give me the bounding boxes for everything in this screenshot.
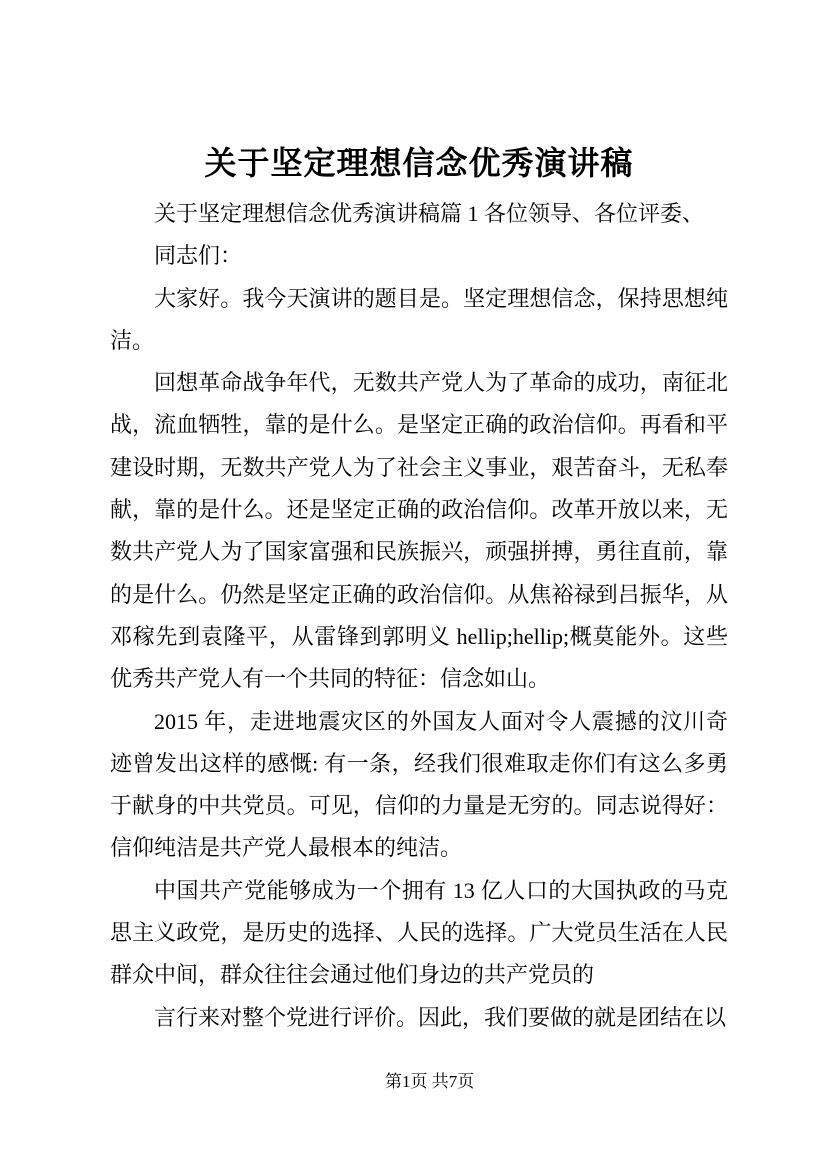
page-number-footer: 第1页 共7页 xyxy=(385,1070,474,1094)
paragraph-conduct: 言行来对整个党进行评价。因此，我们要做的就是团结在以 xyxy=(110,997,728,1039)
document-body: 关于坚定理想信念优秀演讲稿篇 1 各位领导、各位评委、 同志们： 大家好。我今天… xyxy=(110,193,728,1039)
document-title: 关于坚定理想信念优秀演讲稿 xyxy=(110,140,728,186)
paragraph-revolution: 回想革命战争年代，无数共产党人为了革命的成功，南征北战，流血牺牲，靠的是什么。是… xyxy=(110,362,728,700)
paragraph-party: 中国共产党能够成为一个拥有 13 亿人口的大国执政的马克思主义政党，是历史的选择… xyxy=(110,870,728,997)
paragraph-intro: 关于坚定理想信念优秀演讲稿篇 1 各位领导、各位评委、 xyxy=(110,193,728,235)
paragraph-2015-earthquake: 2015 年，走进地震灾区的外国友人面对令人震撼的汶川奇迹曾发出这样的感慨: 有… xyxy=(110,701,728,870)
paragraph-greeting: 大家好。我今天演讲的题目是。坚定理想信念，保持思想纯洁。 xyxy=(110,278,728,363)
paragraph-salutation: 同志们： xyxy=(110,235,728,277)
document-page: 关于坚定理想信念优秀演讲稿 关于坚定理想信念优秀演讲稿篇 1 各位领导、各位评委… xyxy=(0,0,827,1170)
